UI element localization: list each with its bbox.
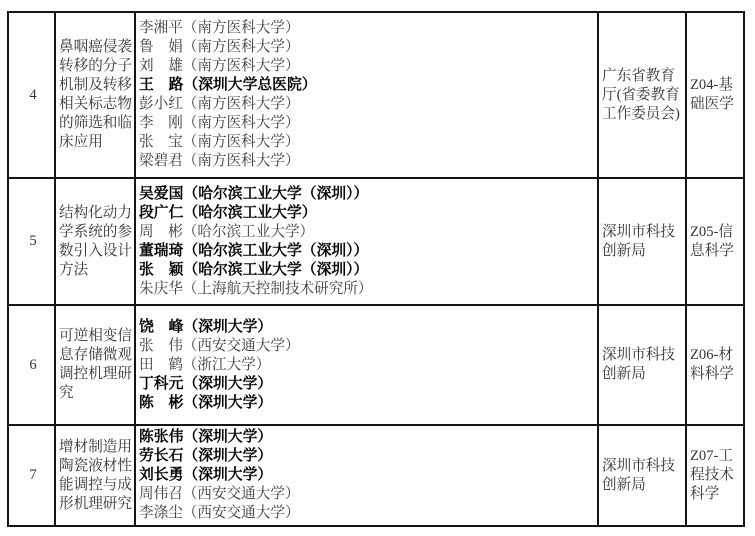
member-line: 彭小红（南方医科大学） xyxy=(139,95,597,114)
member-line: 周伟召（西安交通大学） xyxy=(139,485,597,504)
members-cell: 李湘平（南方医科大学）鲁 娟（南方医科大学）刘 雄（南方医科大学）王 路（深圳大… xyxy=(135,12,598,178)
member-line: 鲁 娟（南方医科大学） xyxy=(139,38,597,57)
table-row: 5结构化动力学系统的参数引入设计方法吴爱国（哈尔滨工业大学（深圳））段广仁（哈尔… xyxy=(8,178,744,305)
member-line: 陈 彬（深圳大学） xyxy=(139,394,597,413)
table-row: 6可逆相变信息存储微观调控机理研究饶 峰（深圳大学）张 伟（西安交通大学）田 鹤… xyxy=(8,305,744,425)
discipline-code-cell: Z06-材料科学 xyxy=(686,305,744,425)
discipline-code-cell: Z07-工程技术科学 xyxy=(686,425,744,526)
row-number-cell: 7 xyxy=(8,425,55,526)
member-line: 李 刚（南方医科大学） xyxy=(139,114,597,133)
project-title-cell: 可逆相变信息存储微观调控机理研究 xyxy=(55,305,135,425)
projects-table-body: 4鼻咽癌侵袭转移的分子机制及转移相关标志物的筛选和临床应用李湘平（南方医科大学）… xyxy=(8,12,744,526)
member-line: 周 彬（哈尔滨工业大学） xyxy=(139,223,597,242)
member-line: 张 宝（南方医科大学） xyxy=(139,133,597,152)
member-line: 丁科元（深圳大学） xyxy=(139,375,597,394)
table-row: 4鼻咽癌侵袭转移的分子机制及转移相关标志物的筛选和临床应用李湘平（南方医科大学）… xyxy=(8,12,744,178)
members-cell: 陈张伟（深圳大学）劳长石（深圳大学）刘长勇（深圳大学）周伟召（西安交通大学）李涤… xyxy=(135,425,598,526)
member-line: 劳长石（深圳大学） xyxy=(139,447,597,466)
project-title-cell: 鼻咽癌侵袭转移的分子机制及转移相关标志物的筛选和临床应用 xyxy=(55,12,135,178)
funder-cell: 深圳市科技创新局 xyxy=(598,178,686,305)
project-title-cell: 增材制造用陶瓷液材性能调控与成形机理研究 xyxy=(55,425,135,526)
member-line: 陈张伟（深圳大学） xyxy=(139,428,597,447)
member-line: 田 鹤（浙江大学） xyxy=(139,356,597,375)
member-line: 梁碧君（南方医科大学） xyxy=(139,152,597,171)
members-cell: 吴爱国（哈尔滨工业大学（深圳））段广仁（哈尔滨工业大学）周 彬（哈尔滨工业大学）… xyxy=(135,178,598,305)
funder-cell: 广东省教育厅(省委教育工作委员会) xyxy=(598,12,686,178)
member-line: 吴爱国（哈尔滨工业大学（深圳）） xyxy=(139,185,597,204)
member-line: 饶 峰（深圳大学） xyxy=(139,318,597,337)
funder-cell: 深圳市科技创新局 xyxy=(598,305,686,425)
member-line: 刘长勇（深圳大学） xyxy=(139,466,597,485)
member-line: 王 路（深圳大学总医院） xyxy=(139,76,597,95)
member-line: 朱庆华（上海航天控制技术研究所） xyxy=(139,280,597,299)
discipline-code-cell: Z05-信息科学 xyxy=(686,178,744,305)
member-line: 刘 雄（南方医科大学） xyxy=(139,57,597,76)
member-line: 李涤尘（西安交通大学） xyxy=(139,504,597,523)
project-title-cell: 结构化动力学系统的参数引入设计方法 xyxy=(55,178,135,305)
projects-table: 4鼻咽癌侵袭转移的分子机制及转移相关标志物的筛选和临床应用李湘平（南方医科大学）… xyxy=(7,11,745,527)
row-number-cell: 4 xyxy=(8,12,55,178)
member-line: 张 颖（哈尔滨工业大学（深圳）） xyxy=(139,261,597,280)
members-cell: 饶 峰（深圳大学）张 伟（西安交通大学）田 鹤（浙江大学）丁科元（深圳大学）陈 … xyxy=(135,305,598,425)
member-line: 李湘平（南方医科大学） xyxy=(139,19,597,38)
document-page: 4鼻咽癌侵袭转移的分子机制及转移相关标志物的筛选和临床应用李湘平（南方医科大学）… xyxy=(0,0,755,536)
table-row: 7增材制造用陶瓷液材性能调控与成形机理研究陈张伟（深圳大学）劳长石（深圳大学）刘… xyxy=(8,425,744,526)
member-line: 段广仁（哈尔滨工业大学） xyxy=(139,204,597,223)
row-number-cell: 6 xyxy=(8,305,55,425)
row-number-cell: 5 xyxy=(8,178,55,305)
member-line: 董瑞琦（哈尔滨工业大学（深圳）） xyxy=(139,242,597,261)
member-line: 张 伟（西安交通大学） xyxy=(139,337,597,356)
discipline-code-cell: Z04-基础医学 xyxy=(686,12,744,178)
funder-cell: 深圳市科技创新局 xyxy=(598,425,686,526)
